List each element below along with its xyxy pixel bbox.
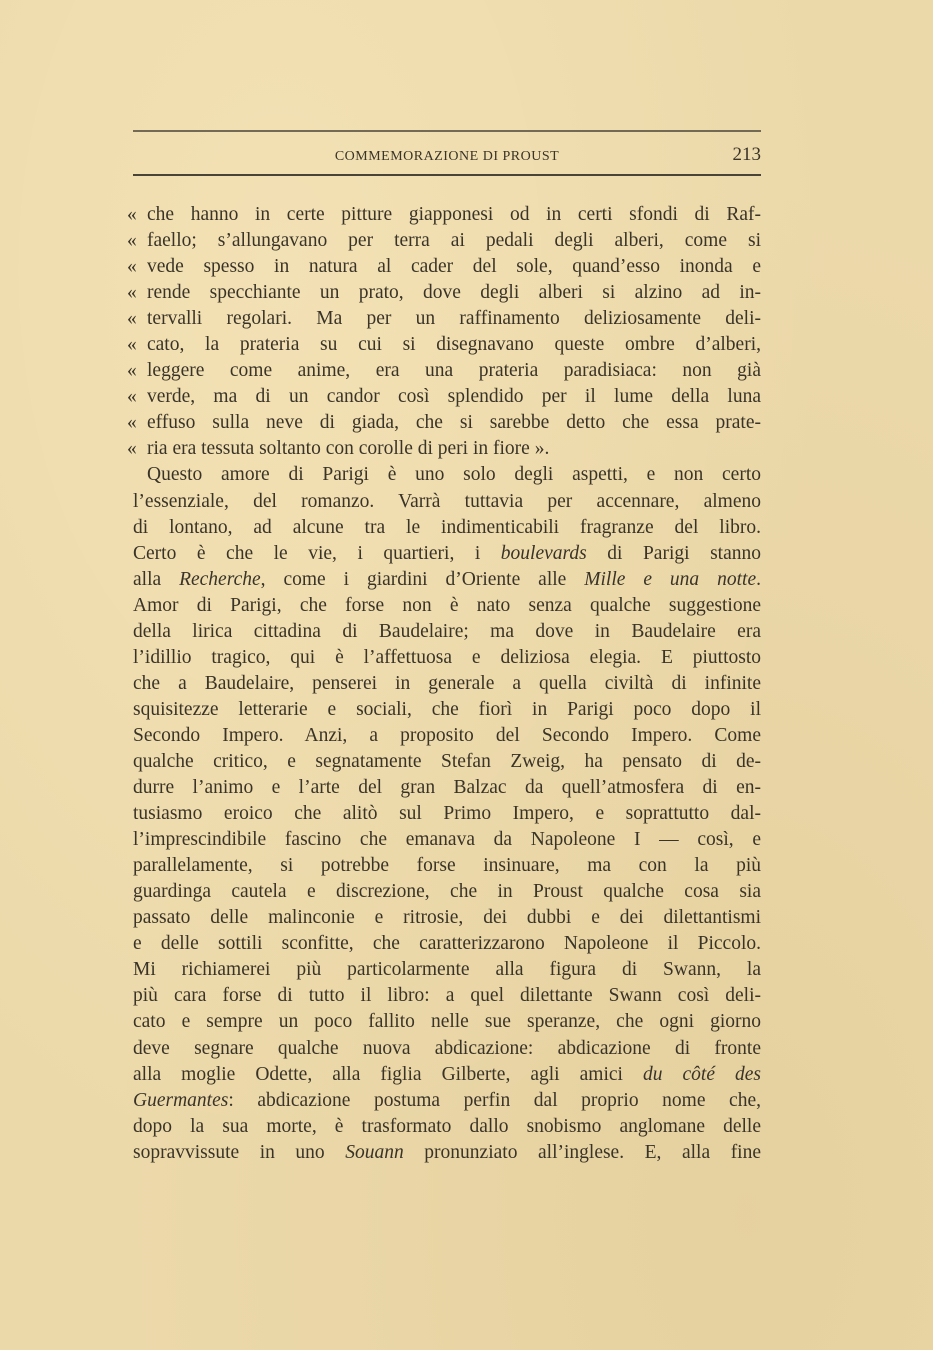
quote-line: «cato, la prateria su cui si disegnavano… (147, 332, 761, 358)
paragraph-line: più cara forse di tutto il libro: a quel… (133, 983, 761, 1009)
book-page: COMMEMORAZIONE DI PROUST 213 «che hanno … (0, 0, 933, 1350)
quote-line: «verde, ma di un candor così splendido p… (147, 384, 761, 410)
paragraph-line: Certo è che le vie, i quartieri, i boule… (133, 541, 761, 567)
header-top-rule (133, 130, 761, 132)
running-title: COMMEMORAZIONE DI PROUST (133, 149, 761, 165)
running-head: COMMEMORAZIONE DI PROUST 213 (133, 144, 761, 170)
paragraph-line: alla Recherche, come i giardini d’Orient… (133, 567, 761, 593)
paragraph-line: durre l’animo e l’arte del gran Balzac d… (133, 775, 761, 801)
header-bottom-rule (133, 174, 761, 176)
body-text: «che hanno in certe pitture giapponesi o… (147, 202, 761, 1166)
italic-title: Mille e una notte (584, 569, 756, 590)
paragraph-line: parallelamente, si potrebbe forse insinu… (133, 853, 761, 879)
paragraph-line: cato e sempre un poco fallito nelle sue … (133, 1009, 761, 1035)
quote-line: «che hanno in certe pitture giapponesi o… (147, 202, 761, 228)
page-number: 213 (733, 144, 762, 166)
paragraph-line: che a Baudelaire, penserei in generale a… (133, 671, 761, 697)
paragraph-line: di lontano, ad alcune tra le indimentica… (133, 515, 761, 541)
paragraph-line: Mi richiamerei più particolarmente alla … (133, 957, 761, 983)
paragraph-line: squisitezze letterarie e sociali, che fi… (133, 697, 761, 723)
paragraph: Questo amore di Parigi è uno solo degli … (133, 462, 761, 1165)
paragraph-line: dopo la sua morte, è trasformato dallo s… (133, 1114, 761, 1140)
italic-phrase: Guermantes (133, 1090, 228, 1111)
paragraph-line: e delle sottili sconfitte, che caratteri… (133, 931, 761, 957)
paragraph-line: l’essenziale, del romanzo. Varrà tuttavi… (133, 489, 761, 515)
paragraph-line: Questo amore di Parigi è uno solo degli … (133, 462, 761, 488)
paragraph-line: Guermantes: abdicazione postuma perfin d… (133, 1088, 761, 1114)
quote-line: «ria era tessuta soltanto con corolle di… (147, 436, 761, 462)
paragraph-line: qualche critico, e segnatamente Stefan Z… (133, 749, 761, 775)
italic-phrase: du côté des (643, 1064, 761, 1085)
paragraph-line: l’imprescindibile fascino che emanava da… (133, 827, 761, 853)
paragraph-line: Amor di Parigi, che forse non è nato sen… (133, 593, 761, 619)
paragraph-line: guardinga cautela e discrezione, che in … (133, 879, 761, 905)
paragraph-line: sopravvissute in uno Souann pronunziato … (133, 1140, 761, 1166)
paragraph-line: deve segnare qualche nuova abdicazione: … (133, 1036, 761, 1062)
quote-line: «faello; s’allungavano per terra ai peda… (147, 228, 761, 254)
italic-name: Souann (345, 1142, 404, 1163)
paragraph-line: della lirica cittadina di Baudelaire; ma… (133, 619, 761, 645)
paragraph-line: l’idillio tragico, qui è l’affettuosa e … (133, 645, 761, 671)
paragraph-line: Secondo Impero. Anzi, a proposito del Se… (133, 723, 761, 749)
italic-term: boulevards (501, 543, 587, 564)
paragraph-line: passato delle malinconie e ritrosie, dei… (133, 905, 761, 931)
quote-line: «tervalli regolari. Ma per un raffinamen… (147, 306, 761, 332)
italic-title: Recherche (179, 569, 261, 590)
paragraph-line: tusiasmo eroico che alitò sul Primo Impe… (133, 801, 761, 827)
quote-line: «leggere come anime, era una prateria pa… (147, 358, 761, 384)
quote-line: «vede spesso in natura al cader del sole… (147, 254, 761, 280)
quote-line: «rende specchiante un prato, dove degli … (147, 280, 761, 306)
quote-line: «effuso sulla neve di giada, che si sare… (147, 410, 761, 436)
paragraph-line: alla moglie Odette, alla figlia Gilberte… (133, 1062, 761, 1088)
quotation-block: «che hanno in certe pitture giapponesi o… (147, 202, 761, 462)
